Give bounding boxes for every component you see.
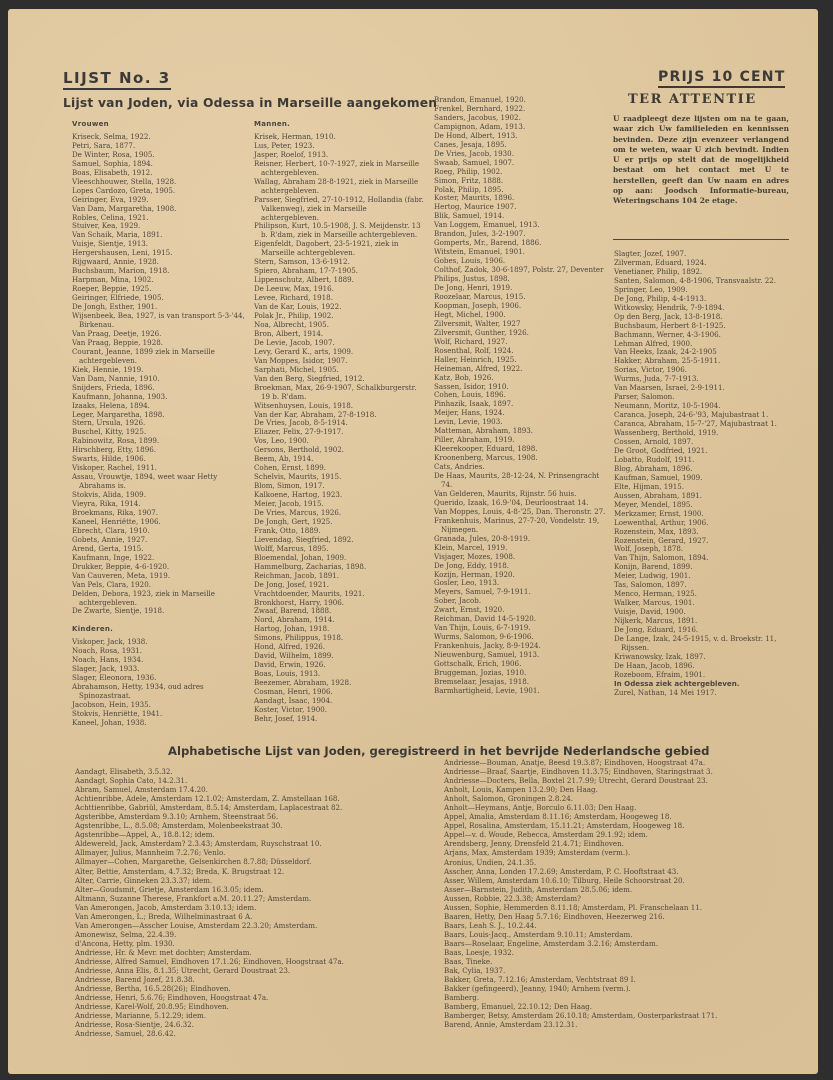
list-item: Allmayer—Cohen, Margarethe, Gelsenkirche… [75,857,344,866]
list-item: Andriesse, Rosa-Sientje, 24.6.32. [75,1020,344,1029]
list-item: Broekman, Max, 26-9-1907, Schalkburgerst… [254,384,424,402]
list-item: De Lange, Izak, 24-5-1915, v. d. Broekst… [614,635,789,653]
list-item: Amonewisz, Selma, 22.4.39. [75,930,344,939]
list-item: Bakker, Greta, 7.12.16; Amsterdam, Vecht… [444,975,717,984]
list-item: Aussen, Robbie, 22.3.38; Amsterdam? [444,894,717,903]
list-item: Van Amerongen, Jacob, Amsterdam 3.10.13;… [75,903,344,912]
list-item: Arjans, Max, Amsterdam 1939; Amsterdam (… [444,848,717,857]
list-item: Andriesse, Henri, 5.6.76; Eindhoven, Hoo… [75,993,344,1002]
list-item: Andriesse—Braaf, Saartje, Eindhoven 11.3… [444,767,717,776]
list-item: Aandagt, Sophia Cato, 14.2.31. [75,776,344,785]
list-item: Van Amerongen—Asscher Louise, Amsterdam … [75,921,344,930]
list-item: Anholt, Louis, Kampen 13.2.90; Den Haag. [444,785,717,794]
list-item: Asser—Barnstein, Judith, Amsterdam 28.5.… [444,885,717,894]
list-item: Baas, Tineke. [444,957,717,966]
list-item: Baars, Leah S. J., 10.2.44. [444,921,717,930]
list-item: De Haas, Maurits, 28-12-24, N. Prinsengr… [434,472,609,490]
list-item: Alter, Carrie, Ginneken 23.3.37; idem. [75,876,344,885]
mannen-list-2: Brandon, Emanuel, 1920.Frenkel, Bernhard… [434,96,609,696]
list-item: Barmhartigheid, Levie, 1901. [434,687,609,696]
attention-heading: TER ATTENTIE [628,92,757,107]
list-item: Bak, Cylia, 1937. [444,966,717,975]
mannen-list-1: Krisek, Herman, 1910.Lus, Peter, 1923.Ja… [254,133,424,724]
list-item: Appel, Amalia, Amsterdam 8.11.16; Amster… [444,812,717,821]
list-item: Aussen, Sophie, Hemmerden 8.11.18; Amste… [444,903,717,912]
column-men-2: Brandon, Emanuel, 1920.Frenkel, Bernhard… [434,96,609,696]
list-item: Alter, Bettie, Amsterdam, 4.7.32; Breda,… [75,867,344,876]
column-women-children: Vrouwen Kriseck, Selma, 1922.Petri, Sara… [72,120,247,728]
list-item: Andriesse, Alfred Samuel, Eindhoven 17.1… [75,957,344,966]
list-item: Alter—Goudsmit, Grietje, Amsterdam 16.3.… [75,885,344,894]
list-item: Andriesse, Karel-Wolf, 20.8.95; Eindhove… [75,1002,344,1011]
list-item: Anholt, Salomon, Groningen 2.8.24. [444,794,717,803]
list-item: Baas, Loesje, 1932. [444,948,717,957]
list-item: Van Amerongen, L.; Breda, Wilhelminastra… [75,912,344,921]
list-item: Aandagt, Elisabeth, 3.5.32. [75,767,344,776]
list-item: Andriesse, Samuel, 28.6.42. [75,1029,344,1038]
list-item: Arendsberg, Jenny, Drensfeld 21.4.71; Ei… [444,839,717,848]
list-item: d'Ancona, Hetty, plm. 1930. [75,939,344,948]
list-item: Andriesse—Docters, Bella, Boxtel 21.7.99… [444,776,717,785]
vrouwen-list: Kriseck, Selma, 1922.Petri, Sara, 1877.D… [72,133,247,616]
alphabetical-title: Alphabetische Lijst van Joden, geregistr… [168,744,709,758]
list-item: Altmann, Suzanne Therese, Frankfort a.M.… [75,894,344,903]
list-item: Andriesse, Marianne, 5.12.29; idem. [75,1011,344,1020]
list-item: Eigenfeldt, Dagobert, 23-5-1921, ziek in… [254,240,424,258]
attention-text: U raadpleegt deze lijsten om na te gaan,… [613,114,789,207]
list-item: Aronius, Undien, 24.1.35. [444,858,717,867]
list-item: Kaneel, Johan, 1938. [72,719,247,728]
list-item: Agstenribbe, L., 8.5.08; Amsterdam, Mole… [75,821,344,830]
list-item: Aldewereld, Jack, Amsterdam? 2.3.43; Ams… [75,839,344,848]
list-item: Bakker (gefingeerd), Jeanny, 1940; Arnhe… [444,984,717,993]
alphabetical-list-1: Aandagt, Elisabeth, 3.5.32.Aandagt, Soph… [75,767,344,1038]
list-item: Wijsenbeek, Bea, 1927, is van transport … [72,312,247,330]
list-item: Parsser, Siegfried, 27-10-1912, Hollandi… [254,196,424,223]
list-item: Bamberger, Betsy, Amsterdam 26.10.18; Am… [444,1011,717,1020]
newspaper-page: LIJST No. 3 Lijst van Joden, via Odessa … [8,9,818,1074]
kinderen-list: Viskoper, Jack, 1938.Noach, Rosa, 1931.N… [72,638,247,728]
list-item: Achtienribbe, Adele, Amsterdam 12.1.02; … [75,794,344,803]
price-label: PRIJS 10 CENT [658,69,785,88]
list-item: Bamberg, Emanuel, 22.10.12; Den Haag. [444,1002,717,1011]
list-item: Frankenhuis, Marinus, 27-7-20, Vondelstr… [434,517,609,535]
list-item: Agstenribbe—Appel, A., 18.8.12; idem. [75,830,344,839]
list-item: De Zwarte, Sientje, 1918. [72,607,247,616]
list-item: Appel—v. d. Woude, Rebecca, Amsterdam 29… [444,830,717,839]
list-item: Abram, Samuel, Amsterdam 17.4.20. [75,785,344,794]
list-item: Bamberg. [444,993,717,1002]
list-item: Anholt—Heymans, Antje, Borculo 6.11.03; … [444,803,717,812]
list-item: Delden, Debora, 1923, ziek in Marseille … [72,590,247,608]
list-item: Zurel, Nathan, 14 Mei 1917. [614,689,789,698]
list-item: Wallag, Abraham 28-8-1921, ziek in Marse… [254,178,424,196]
page-title: Lijst van Joden, via Odessa in Marseille… [63,96,437,110]
list-number: LIJST No. 3 [63,69,171,90]
list-item: Agsteribbe, Amsterdam 9.3.10; Arnhem, St… [75,812,344,821]
list-item: Achttienribbe, Gabriül, Amsterdam, 8.5.1… [75,803,344,812]
list-item: Allmayer, Julius, Mannheim 7.2.76; Venlo… [75,848,344,857]
list-item: Baars—Roselaar, Engeline, Amsterdam 3.2.… [444,939,717,948]
list-item: Assau, Vrouwtje, 1894, weet waar Hetty A… [72,473,247,491]
list-item: Baaren, Hetty, Den Haag 5.7.16; Eindhove… [444,912,717,921]
section-heading-vrouwen: Vrouwen [72,120,247,129]
section-heading-kinderen: Kinderen. [72,625,247,634]
list-item: Behr, Josef, 1914. [254,715,424,724]
alphabetical-list-2: Andriesse—Bouman, Anatje, Beesd 19.3.87;… [444,758,717,1029]
odessa-list: Zurel, Nathan, 14 Mei 1917. [614,689,789,698]
list-item: Baars, Louis-Jacq., Amsterdam 9.10.11; A… [444,930,717,939]
list-item: Abrahamson, Hetty, 1934, oud adres Spino… [72,683,247,701]
column-men-3: Slagter, Jozef, 1907.Zilverman, Eduard, … [614,250,789,698]
column-men-1: Mannen. Krisek, Herman, 1910.Lus, Peter,… [254,120,424,724]
list-item: Andriesse—Bouman, Anatje, Beesd 19.3.87;… [444,758,717,767]
list-item: Andriesse, Barend Jozef, 21.8.38. [75,975,344,984]
list-item: Asser, Willem, Amsterdam 10.6.10; Tilbur… [444,876,717,885]
divider [613,239,789,240]
list-item: Asscher, Anna, Londen 17.2.69; Amsterdam… [444,867,717,876]
mannen-list-3: Slagter, Jozef, 1907.Zilverman, Eduard, … [614,250,789,680]
list-item: Andriesse, Bertha, 16.5.28(26); Eindhove… [75,984,344,993]
section-heading-mannen: Mannen. [254,120,424,129]
list-item: Courant, Jeanne, 1899 ziek in Marseille … [72,348,247,366]
list-item: Andriesse, Anna Elis, 8.1.35; Utrecht, G… [75,966,344,975]
list-item: Appel, Rosalina, Amsterdam, 15.11.21; Am… [444,821,717,830]
list-item: Reisner, Herbert, 10-7-1927, ziek in Mar… [254,160,424,178]
list-item: Andriesse, Hr. & Mevr. met dochter; Amst… [75,948,344,957]
list-item: Philipson, Kurt, 10.5-1908, J. S. Meijde… [254,222,424,240]
list-item: Barend, Annie, Amsterdam 23.12.31. [444,1020,717,1029]
